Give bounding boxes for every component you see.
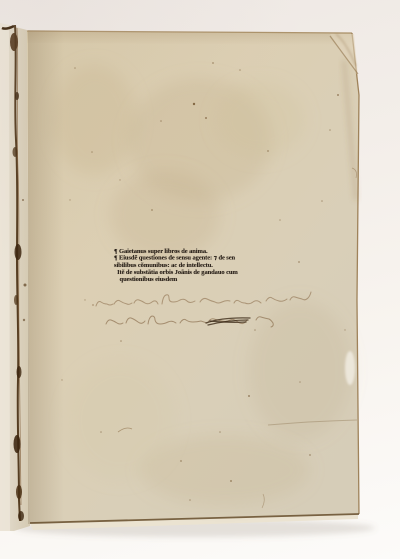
printed-title-block: ¶ Gaietanus super libros de anima. ¶ Eiu…	[114, 248, 274, 290]
title-line-3: sibilibus cõmunibus: ac de intellectu.	[114, 262, 268, 269]
title-line-4: Itẽ de substãtia orbis Joãnis de gandauo…	[114, 269, 268, 276]
handwritten-inscription	[88, 288, 313, 340]
label-residue	[345, 351, 355, 385]
title-line-5: questionibus eiusdem	[114, 276, 268, 283]
book-photograph: ¶ Gaietanus super libros de anima. ¶ Eiu…	[0, 0, 400, 559]
title-line-2: ¶ Eiusdẽ questiones de sensu agente: ⁊ d…	[114, 255, 268, 262]
spine-highlight	[0, 23, 10, 531]
gutter-shadow	[28, 30, 64, 524]
title-line-1: ¶ Gaietanus super libros de anima.	[114, 248, 268, 255]
inscription-line-1	[92, 292, 311, 306]
